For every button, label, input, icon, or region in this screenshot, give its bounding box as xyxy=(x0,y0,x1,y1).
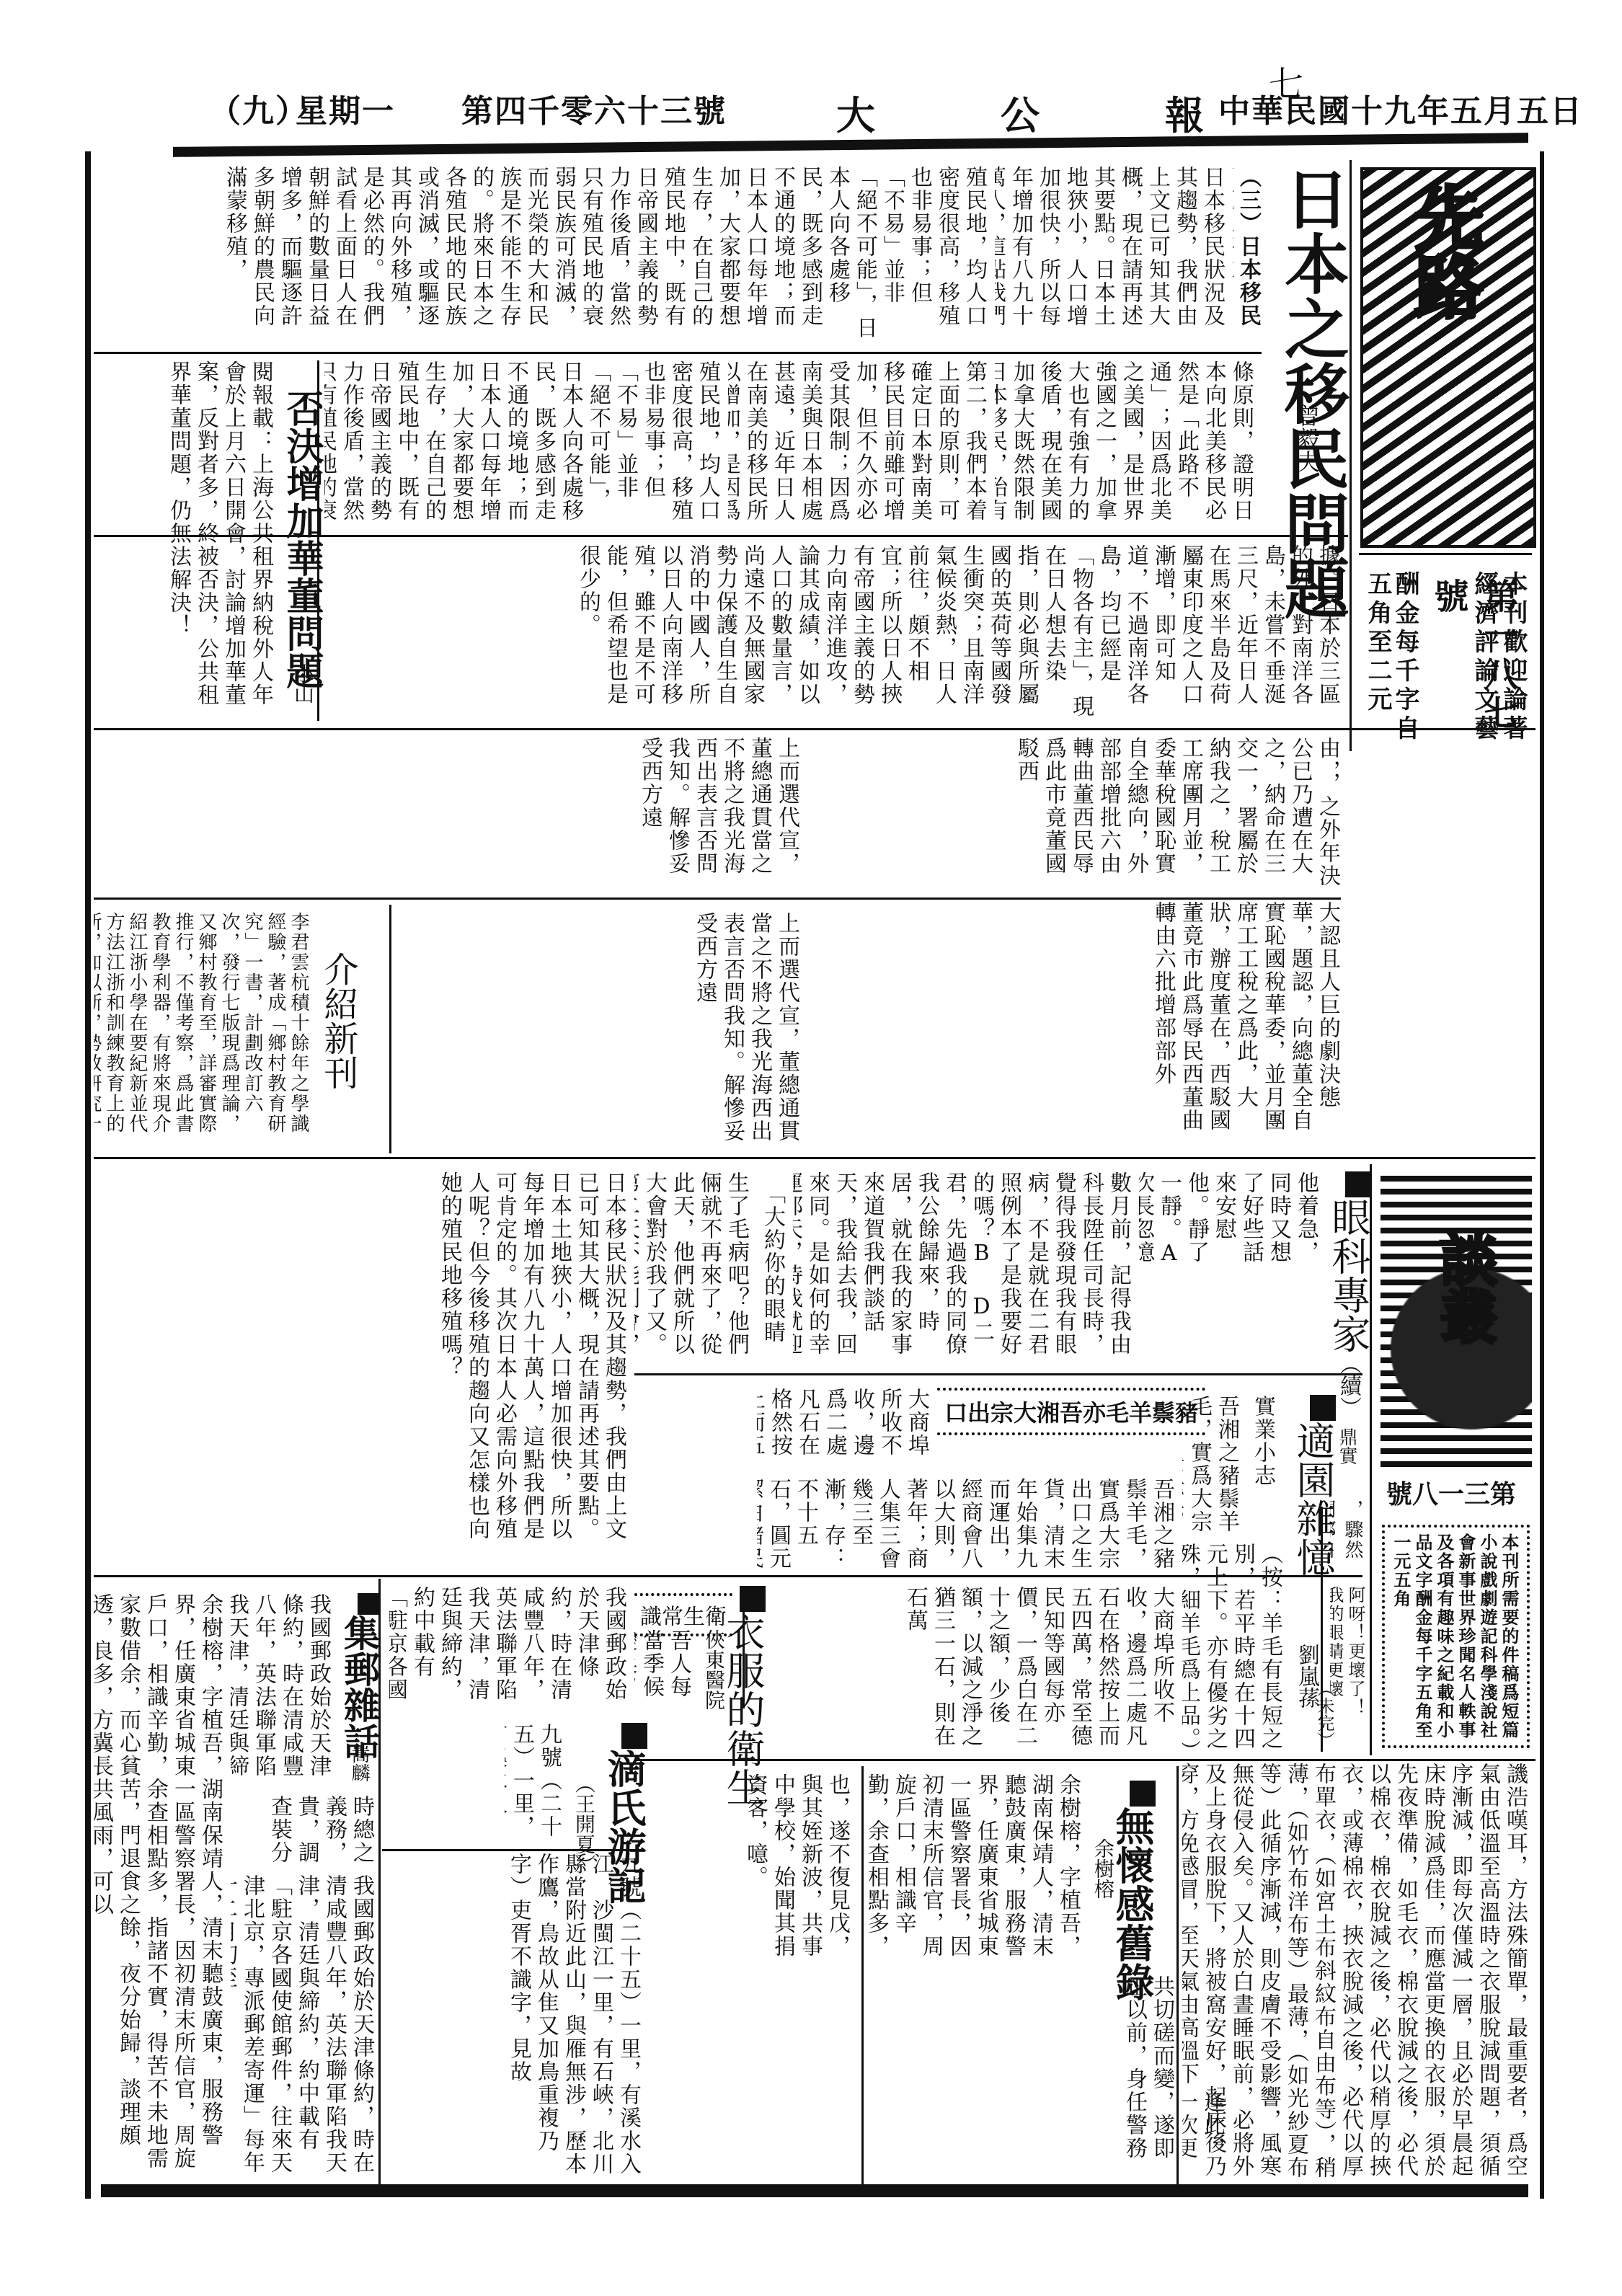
article-paragraph: 時總之義務，貴，調查裝分發，完全移是爲我國機。 xyxy=(267,1795,375,1867)
article-paragraph: 他着急，同時又想了好些話來安慰他。靜了一靜。A次長忽憶起往事，而又繼續的說下去： xyxy=(1139,1171,1319,1283)
divider xyxy=(382,1849,642,1851)
article-paragraph: 大商埠所收不收，邊爲二處凡石在格然按上而五四萬，常至德民知等國每亦價，一爲白在二… xyxy=(757,1388,930,1474)
bottom-rule xyxy=(101,2184,1528,2197)
article-author-immigration: 曾毅夫 xyxy=(1290,404,1324,473)
xianlu-supplement: 先路 本刊歡迎論著 經濟評論文藝 第一八七號 酬金每千字自 五角至二元 xyxy=(1350,160,1541,751)
serial-end-label: （未完） xyxy=(1312,1680,1337,1749)
shiyuan-banner: 豬鬃羊毛亦吾湘大宗出口 xyxy=(937,1388,1205,1435)
dialog-text: ，驟然間都自然道： xyxy=(1330,1499,1366,1579)
article-paragraph: 吾人每當季候變換，天氣忽變時，因增減衣服不得法的，最易感冒，又由 xyxy=(634,1629,692,1716)
article-paragraph: 數月前，記得我由科長陞任司長時，覺得我發現我有眼病，不是就在二君照例本了是我要好… xyxy=(793,1171,1132,1366)
article-paragraph: 日本移民狀況及其趨勢，我們由上文已可知其大概，現在請再述其要點。日本土地狹小，人… xyxy=(94,1171,627,1561)
divider xyxy=(389,905,391,1153)
article-paragraph: 條原則，證明日本向北美移民必然是「此路不通」；因爲北美之美國，是世界強國之一，加… xyxy=(995,360,1254,530)
article-paragraph: 吾湘之豬鬃羊毛，實爲大宗出口之生貨，清末年始集九而運出，經商會八以大則，著年；商… xyxy=(757,1478,1175,1572)
divider xyxy=(94,728,1535,730)
article-paragraph: 由，，之外年決公已乃遭在大之，納命在三交一，署屬於納我之，稅工工席團月並，委華稅… xyxy=(807,737,1341,897)
article-paragraph: 也，遂不復見戊，與其姪新波，共事中學校，始聞其捐資客，噫。 xyxy=(649,1773,851,1975)
title-text: 適園雜憶 xyxy=(1290,1421,1336,1577)
divider xyxy=(1176,1766,1179,2184)
tancong-notice-box: 本刊所需要的件稿爲短篇小說戲劇遊記科學淺說社會新事世界珍聞名人軼事及各項有趣味之… xyxy=(1382,1525,1530,1748)
handwritten-correction: 七 xyxy=(1269,56,1303,106)
article-title-shiyuan: 適園雜憶 xyxy=(1290,1395,1336,1577)
article-paragraph: 我國郵政始於天津條約，時在清咸豐八年，英法聯軍陷我天津，清廷與締約，約中載有「駐… xyxy=(231,1593,332,1784)
article-author-clothing: 俠東醫院 xyxy=(699,1629,728,1710)
article-paragraph: 余樹榕，字植吾，湖南保靖人，清末聽鼓廣東，服務警界，任廣東省城東一區警察署長，因… xyxy=(94,1593,223,2184)
article-title-stamps: 集郵雜話 xyxy=(339,1593,379,1759)
weekday: 星期一 xyxy=(296,85,395,131)
article-paragraph: 九號（二十五）一里，有溪水入江，沙閩江一里，有石峽，北川縣當附近此山，與雁無涉，… xyxy=(505,1723,562,1845)
article-paragraph: 日本移民狀況及其趨勢，我們由上文已可知其大概，現在請再述其要點。日本土地狹小，人… xyxy=(995,166,1226,346)
marker-icon xyxy=(1345,1171,1371,1197)
article-paragraph: 余樹榕，字植吾，湖南保靖人，清末聽鼓廣東，服務警界，任廣東省城東一區警察署長，因… xyxy=(865,1773,1081,1961)
section-heading: （三）日本移民問題之將來 xyxy=(1233,166,1262,346)
xianlu-title: 先路 xyxy=(1395,182,1494,320)
article-paragraph: 逢此，一次更妙。 xyxy=(1182,2091,1226,2177)
article-paragraph: 李君雲杭積十餘年之學識經驗，著成「鄉村教育研究」一書，計劃改訂六次，發行七版現爲… xyxy=(94,912,310,1150)
title-text: 無懷感舊錄 xyxy=(1109,1807,1156,2001)
divider xyxy=(94,897,1341,900)
article-title-huadong: 否決增加華董問題 xyxy=(281,389,322,689)
article-title-eye: 眼科專家（續） xyxy=(1326,1171,1371,1418)
article-author-stamps: 嵩麟 xyxy=(346,1745,373,1782)
article-title-intro: 介紹新刊 xyxy=(317,952,359,1090)
article-author-memoir: 余樹榕 xyxy=(1089,1838,1117,1899)
article-paragraph: 殖民地，均人口密度很高，移殖也非易事；但「不易」並非「絕不可能」，日本人向各處移… xyxy=(94,166,988,346)
article-paragraph: （按：羊毛有長短之別，若平時總在十四元上下。亦有優劣之殊，細羊毛爲上品。） xyxy=(1182,1543,1283,1752)
masthead: （九） 星期一 第四千零六十三號 大 公 報 中華民國十九年五月五日 七 xyxy=(173,85,1528,136)
section-label: 實業小志 xyxy=(1247,1395,1276,1539)
article-author-eye: 鼎實 xyxy=(1334,1427,1360,1465)
marker-icon xyxy=(621,1723,647,1749)
marker-icon xyxy=(1310,1395,1336,1421)
continued-label: （續） xyxy=(1336,1353,1361,1418)
article-paragraph: 上而選代宣，董總通貫當之不將之我光海西出表言否問我知。解慘妥受西方遠 xyxy=(396,912,800,1150)
article-paragraph: 殖民地，均人口密度很高，移殖也非易事；但「不易」並非「絕不可能」，日本人向各處移… xyxy=(324,360,721,530)
divider xyxy=(861,1766,864,2184)
title-text: 集郵雜話 xyxy=(338,1615,381,1759)
divider xyxy=(634,1759,1535,1761)
article-paragraph: 譏浩嘆耳，方法殊簡單，最重要者，爲空氣由低溫至高溫時之衣服脫減問題，須循序漸減，… xyxy=(1182,1763,1528,2181)
issue-number: 第四千零六十三號 xyxy=(461,85,727,131)
page-number: （九） xyxy=(209,85,309,131)
tancong-title: 談叢 xyxy=(1422,1229,1505,1344)
marker-icon xyxy=(358,1593,379,1615)
divider xyxy=(1359,553,1532,555)
divider xyxy=(94,352,1262,354)
article-paragraph: 大認且人巨的劇決態華，題認，向總董全自實恥國稅華委，並月團席工工稅之爲此，大狀，… xyxy=(807,901,1341,1146)
article-paragraph: 共切磋而變，遂即正以前，身任警務 xyxy=(865,1975,1175,2177)
paper-name: 大 公 報 xyxy=(836,85,1247,141)
tancong-notice: 本刊所需要的件稿爲短篇小說戲劇遊記科學淺說社會新事世界珍聞名人軼事及各項有趣味之… xyxy=(1390,1533,1520,1742)
tancong-column: 談叢 第三一八號 本刊所需要的件稿爲短篇小說戲劇遊記科學淺說社會新事世界珍聞名人… xyxy=(1370,1164,1538,1755)
divider xyxy=(94,1157,1535,1159)
article-paragraph: 「大約你的眼睛——」 xyxy=(757,1182,786,1370)
xianlu-issue: 第一八七號 xyxy=(1424,578,1523,744)
article-author-huadong: 小山 xyxy=(288,663,317,704)
divider xyxy=(743,1586,745,1708)
notice-pay-range: 五角至二元 xyxy=(1360,571,1396,744)
marker-icon xyxy=(1130,1781,1156,1807)
article-paragraph: 第二，我們本着上面的原則，可確定日本對南美移民目前雖可增加，但不久亦必受其限制；… xyxy=(728,360,988,530)
article-paragraph: 據。日本於三區的外，對南洋各島，未嘗不垂涎三尺，近年日人在馬來半島及荷屬東印度之… xyxy=(389,544,1341,721)
divider xyxy=(94,1575,1362,1577)
article-paragraph: 我國郵政始於天津條約，時在清咸豐八年，英法聯軍陷我天津，清廷與締約，約中載有「駐… xyxy=(389,1586,627,1716)
divider xyxy=(634,1373,1362,1375)
article-paragraph: 大商埠所收不收，邊爲二處凡石在格然按上而五四萬，常至德民知等國每亦價，一爲白在二… xyxy=(750,1586,1175,1759)
article-paragraph: 閱報載：上海公共租界納稅外人年會於上月六日開會，討論增加華董案，反對者多，終被否… xyxy=(94,360,274,721)
article-paragraph: 九號（二十五）一里，有溪水入江，沙閩江一里，有石峽，北川縣當附近此山，與雁無涉，… xyxy=(382,1853,642,2184)
article-paragraph: 我國郵政始於天津條約，時在清咸豐八年，英法聯軍陷我天津，清廷與締約，約中載有「駐… xyxy=(231,1874,375,2184)
article-paragraph: 上而選代宣，董總通貫當之不將之我光海西出表言否問我知。解慘妥受西方遠 xyxy=(94,737,800,897)
article-paragraph: 生了毛病吧？他們倆就不再來了，從此天，他們就所以大會對於我了又。第二天不能到會，… xyxy=(634,1171,750,1366)
tancong-issue: 第三一八號 xyxy=(1386,1474,1516,1511)
title-text: 眼科專家 xyxy=(1326,1197,1371,1353)
